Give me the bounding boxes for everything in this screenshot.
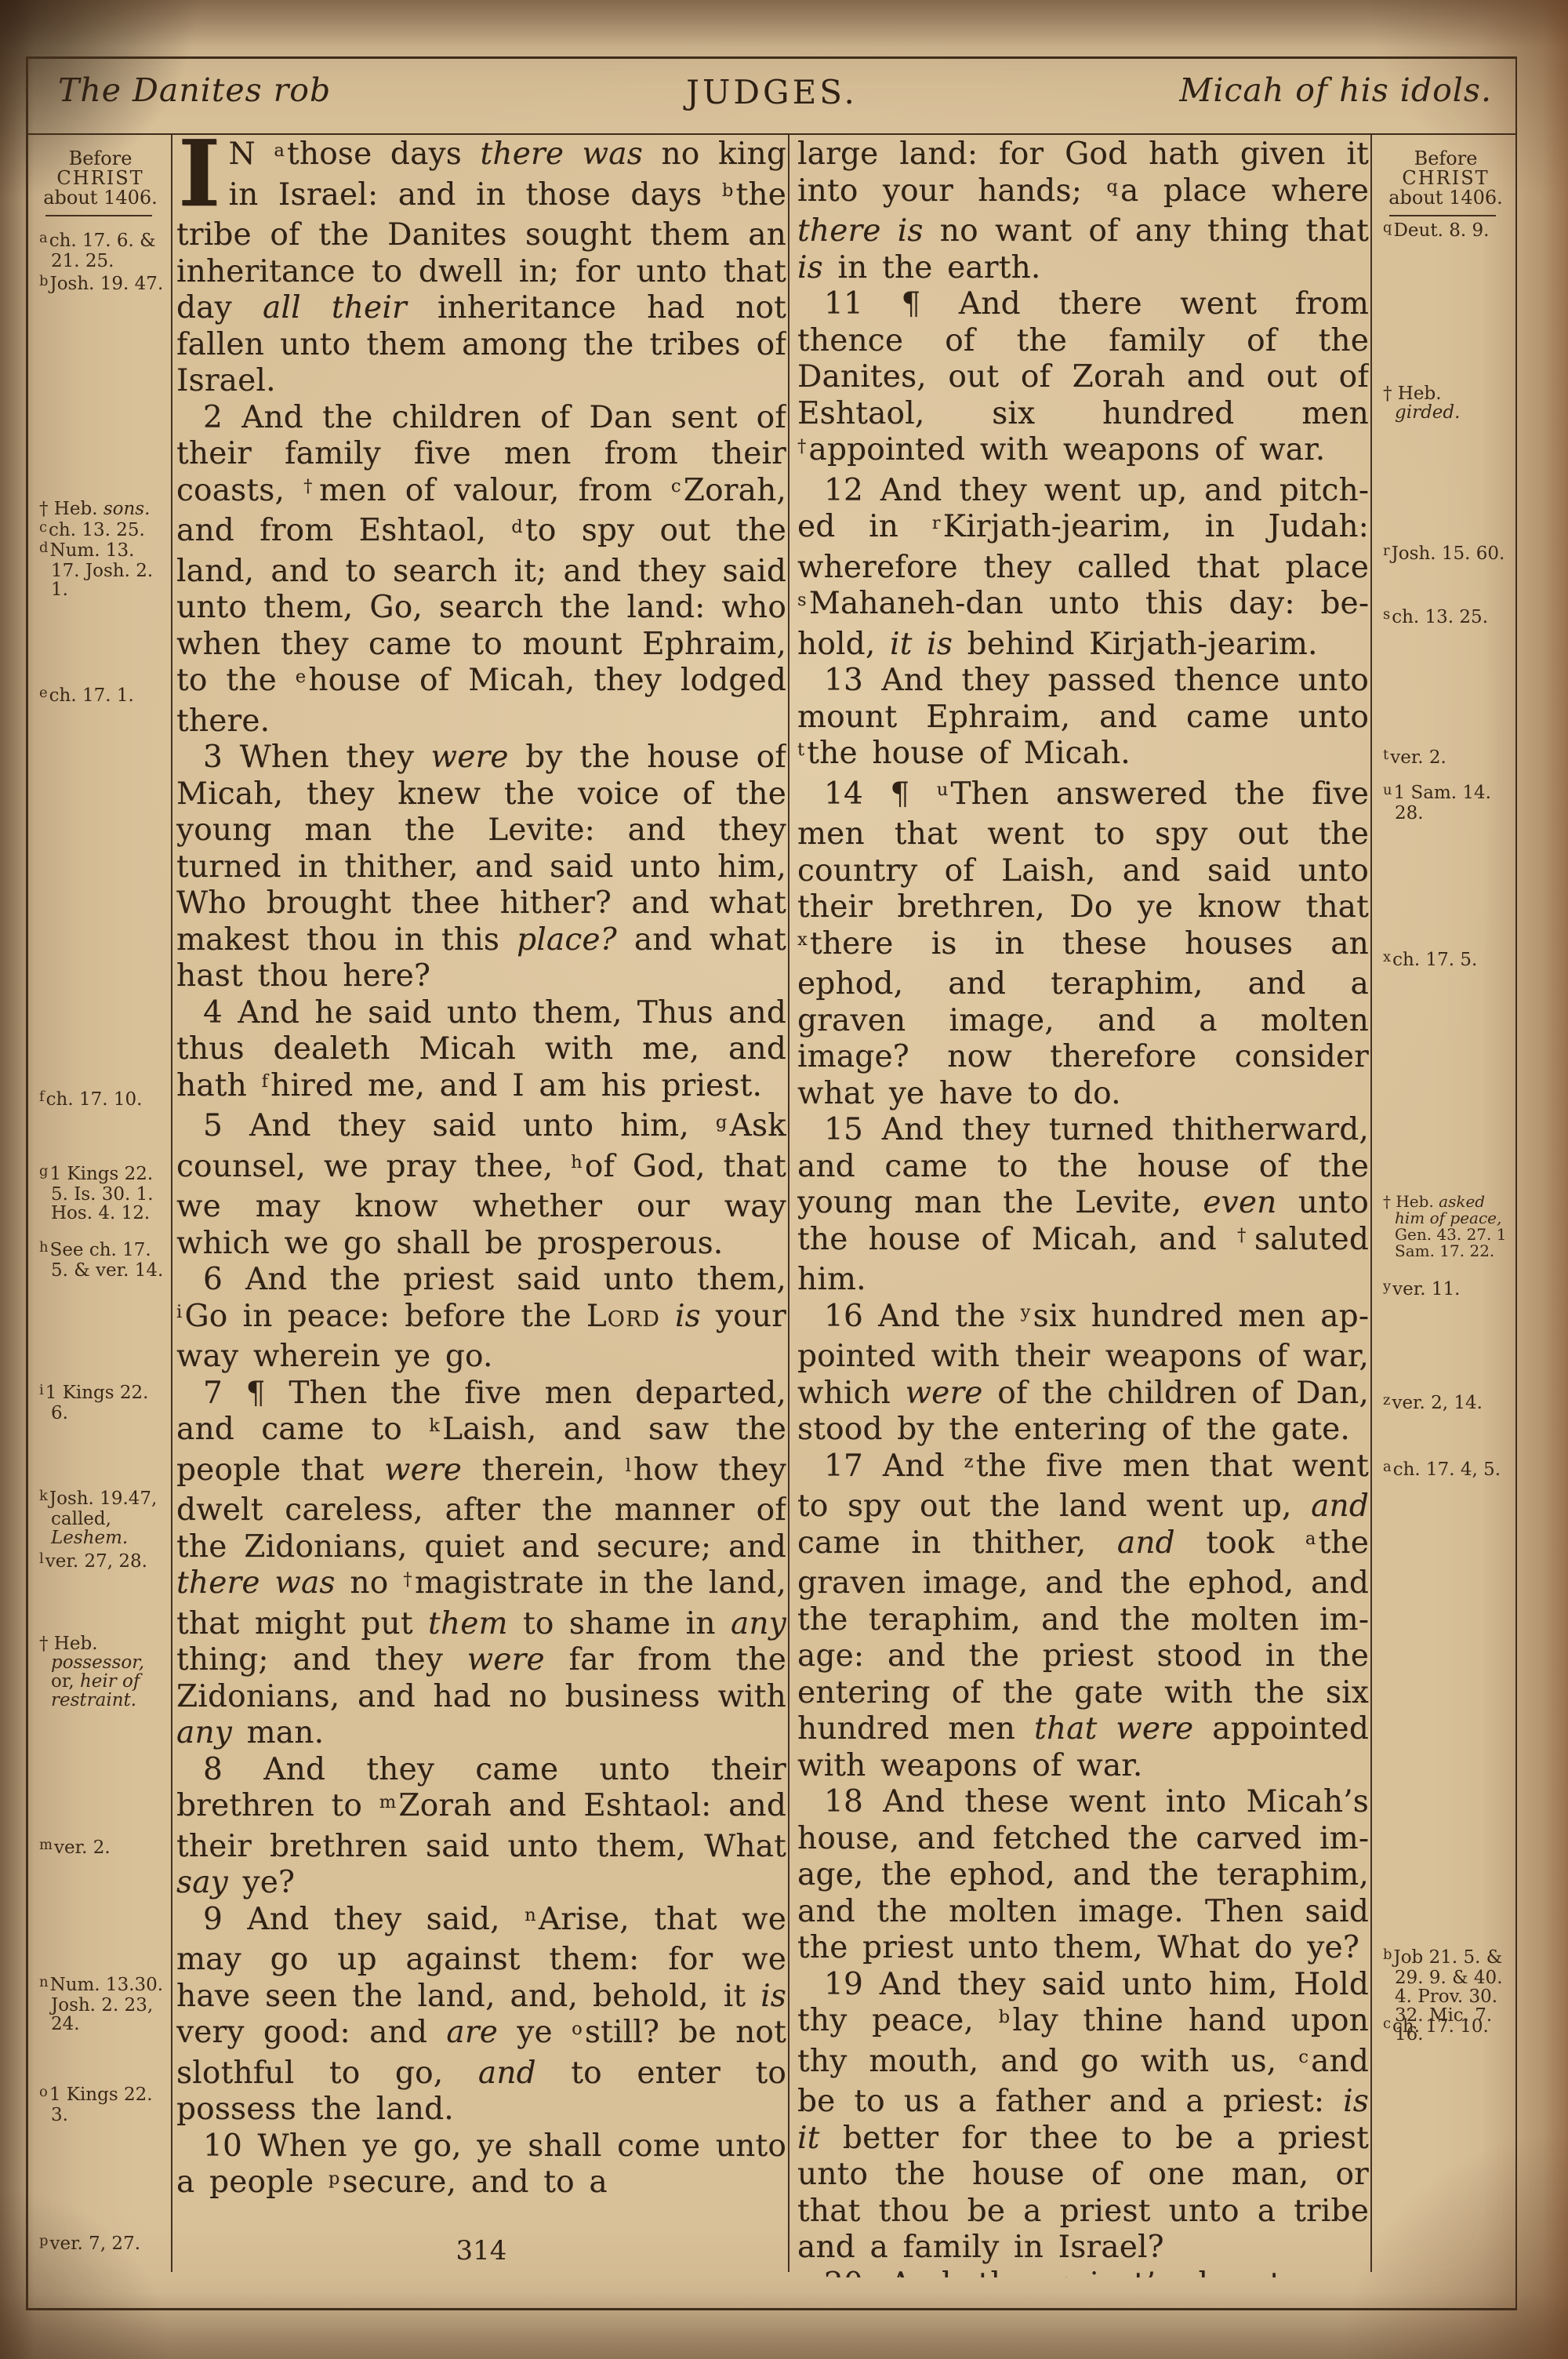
margin-note: rJosh. 15. 60.	[1383, 544, 1512, 565]
margin-note: ach. 17. 4, 5.	[1383, 1460, 1512, 1481]
left-margin-column: Before CHRIST about 1406. ach. 17. 6. & …	[34, 135, 166, 2292]
margin-note: † Heb. asked him of peace, Gen. 43. 27. …	[1383, 1194, 1512, 1259]
verse-paragraph: 3 When they were by the house of Micah, …	[176, 740, 786, 995]
verse-paragraph: 8 And they came unto their brethren to m…	[176, 1752, 786, 1902]
margin-heading-line: Before	[34, 149, 166, 169]
margin-note: † Heb. girded.	[1383, 384, 1512, 422]
column-divider-rule	[788, 135, 789, 2272]
verse-paragraph: IN athose days there was no king in Isra…	[176, 136, 786, 400]
verse-paragraph: 2 And the children of Dan sent of their …	[176, 400, 786, 740]
margin-note: i1 Kings 22. 6.	[39, 1383, 165, 1423]
verse-paragraph: 9 And they said, nArise, that we may go …	[176, 1902, 786, 2128]
verse-paragraph: 10 When ye go, ye shall come unto a peop…	[176, 2128, 786, 2205]
verse-paragraph: 20 And the priest’s heart was glad, and …	[797, 2266, 1369, 2278]
margin-heading: Before CHRIST about 1406.	[34, 149, 166, 208]
margin-heading-rule	[1389, 215, 1496, 216]
margin-note: zver. 2, 14.	[1383, 1394, 1512, 1414]
page-header: The Danites rob JUDGES. Micah of his ido…	[28, 59, 1515, 135]
verse-paragraph: 17 And zthe five men that went to spy ou…	[797, 1448, 1369, 1785]
margin-note: ech. 17. 1.	[39, 686, 165, 707]
left-margin-rule	[171, 135, 172, 2272]
margin-heading-line: about 1406.	[34, 188, 166, 208]
margin-heading-line: about 1406.	[1378, 188, 1513, 208]
margin-note: † Heb. possessor, or, heir of restraint.	[39, 1634, 165, 1710]
margin-note: o1 Kings 22. 3.	[39, 2085, 165, 2125]
verse-paragraph: 13 And they passed thence unto mount Eph…	[797, 663, 1369, 776]
page-border: The Danites rob JUDGES. Micah of his ido…	[26, 56, 1517, 2310]
margin-note: u1 Sam. 14. 28.	[1383, 783, 1512, 823]
verse-paragraph: 5 And they said unto him, gAsk counsel, …	[176, 1108, 786, 1262]
margin-heading: Before CHRIST about 1406.	[1378, 149, 1513, 208]
verse-paragraph: 16 And the ysix hundred men ap­pointed w…	[797, 1299, 1369, 1448]
margin-note: pver. 7, 27.	[39, 2234, 165, 2255]
verse-paragraph: 18 And these went into Micah’s house, an…	[797, 1784, 1369, 1967]
margin-heading-line: CHRIST	[1378, 169, 1513, 188]
right-margin-rule	[1370, 135, 1372, 2272]
margin-note: cch. 13. 25.	[39, 521, 165, 541]
verse-paragraph: 11 ¶ And there went from thence of the f…	[797, 286, 1369, 473]
margin-note: kJosh. 19.47, called, Leshem.	[39, 1489, 165, 1547]
margin-note: dNum. 13. 17. Josh. 2. 1.	[39, 541, 165, 599]
verse-paragraph: 4 And he said unto them, Thus and thus d…	[176, 995, 786, 1109]
margin-note: † Heb. sons.	[39, 500, 165, 518]
verse-paragraph: 12 And they went up, and pitch­ed in rKi…	[797, 473, 1369, 663]
margin-note: g1 Kings 22. 5. Is. 30. 1. Hos. 4. 12.	[39, 1165, 165, 1223]
margin-note: mver. 2.	[39, 1838, 165, 1859]
margin-note: lver. 27, 28.	[39, 1552, 165, 1572]
margin-note: cch. 17. 10.	[1383, 2017, 1512, 2037]
margin-note: nNum. 13.30. Josh. 2. 23, 24.	[39, 1976, 165, 2034]
margin-note: tver. 2.	[1383, 748, 1512, 769]
text-column-2: large land: for God hath given it into y…	[797, 136, 1369, 2277]
margin-note: fch. 17. 10.	[39, 1090, 165, 1110]
margin-heading-line: CHRIST	[34, 169, 166, 188]
page-number: 314	[176, 2235, 786, 2266]
margin-note: xch. 17. 5.	[1383, 951, 1512, 971]
verse-paragraph: large land: for God hath given it into y…	[797, 136, 1369, 286]
margin-note: ach. 17. 6. & 21. 25.	[39, 231, 165, 271]
verse-paragraph: 19 And they said unto him, Hold thy peac…	[797, 1967, 1369, 2266]
margin-note: bJosh. 19. 47.	[39, 274, 165, 295]
verse-paragraph: 7 ¶ Then the five men departed, and came…	[176, 1376, 786, 1752]
margin-heading-line: Before	[1378, 149, 1513, 169]
running-head-right: Micah of his idols.	[1179, 71, 1492, 109]
verse-paragraph: 15 And they turned thitherward, and came…	[797, 1112, 1369, 1299]
right-margin-column: Before CHRIST about 1406. qDeut. 8. 9. †…	[1378, 135, 1513, 2292]
scanned-bible-page: The Danites rob JUDGES. Micah of his ido…	[0, 0, 1568, 2359]
verse-paragraph: 6 And the priest said unto them, iGo in …	[176, 1262, 786, 1376]
verse-paragraph: 14 ¶ uThen answered the five men that we…	[797, 776, 1369, 1113]
margin-note: sch. 13. 25.	[1383, 608, 1512, 628]
text-column-1: IN athose days there was no king in Isra…	[176, 136, 786, 2277]
margin-note: hSee ch. 17. 5. & ver. 14.	[39, 1241, 165, 1280]
margin-note: yver. 11.	[1383, 1280, 1512, 1300]
margin-note: qDeut. 8. 9.	[1383, 221, 1512, 242]
margin-heading-rule	[45, 215, 152, 216]
